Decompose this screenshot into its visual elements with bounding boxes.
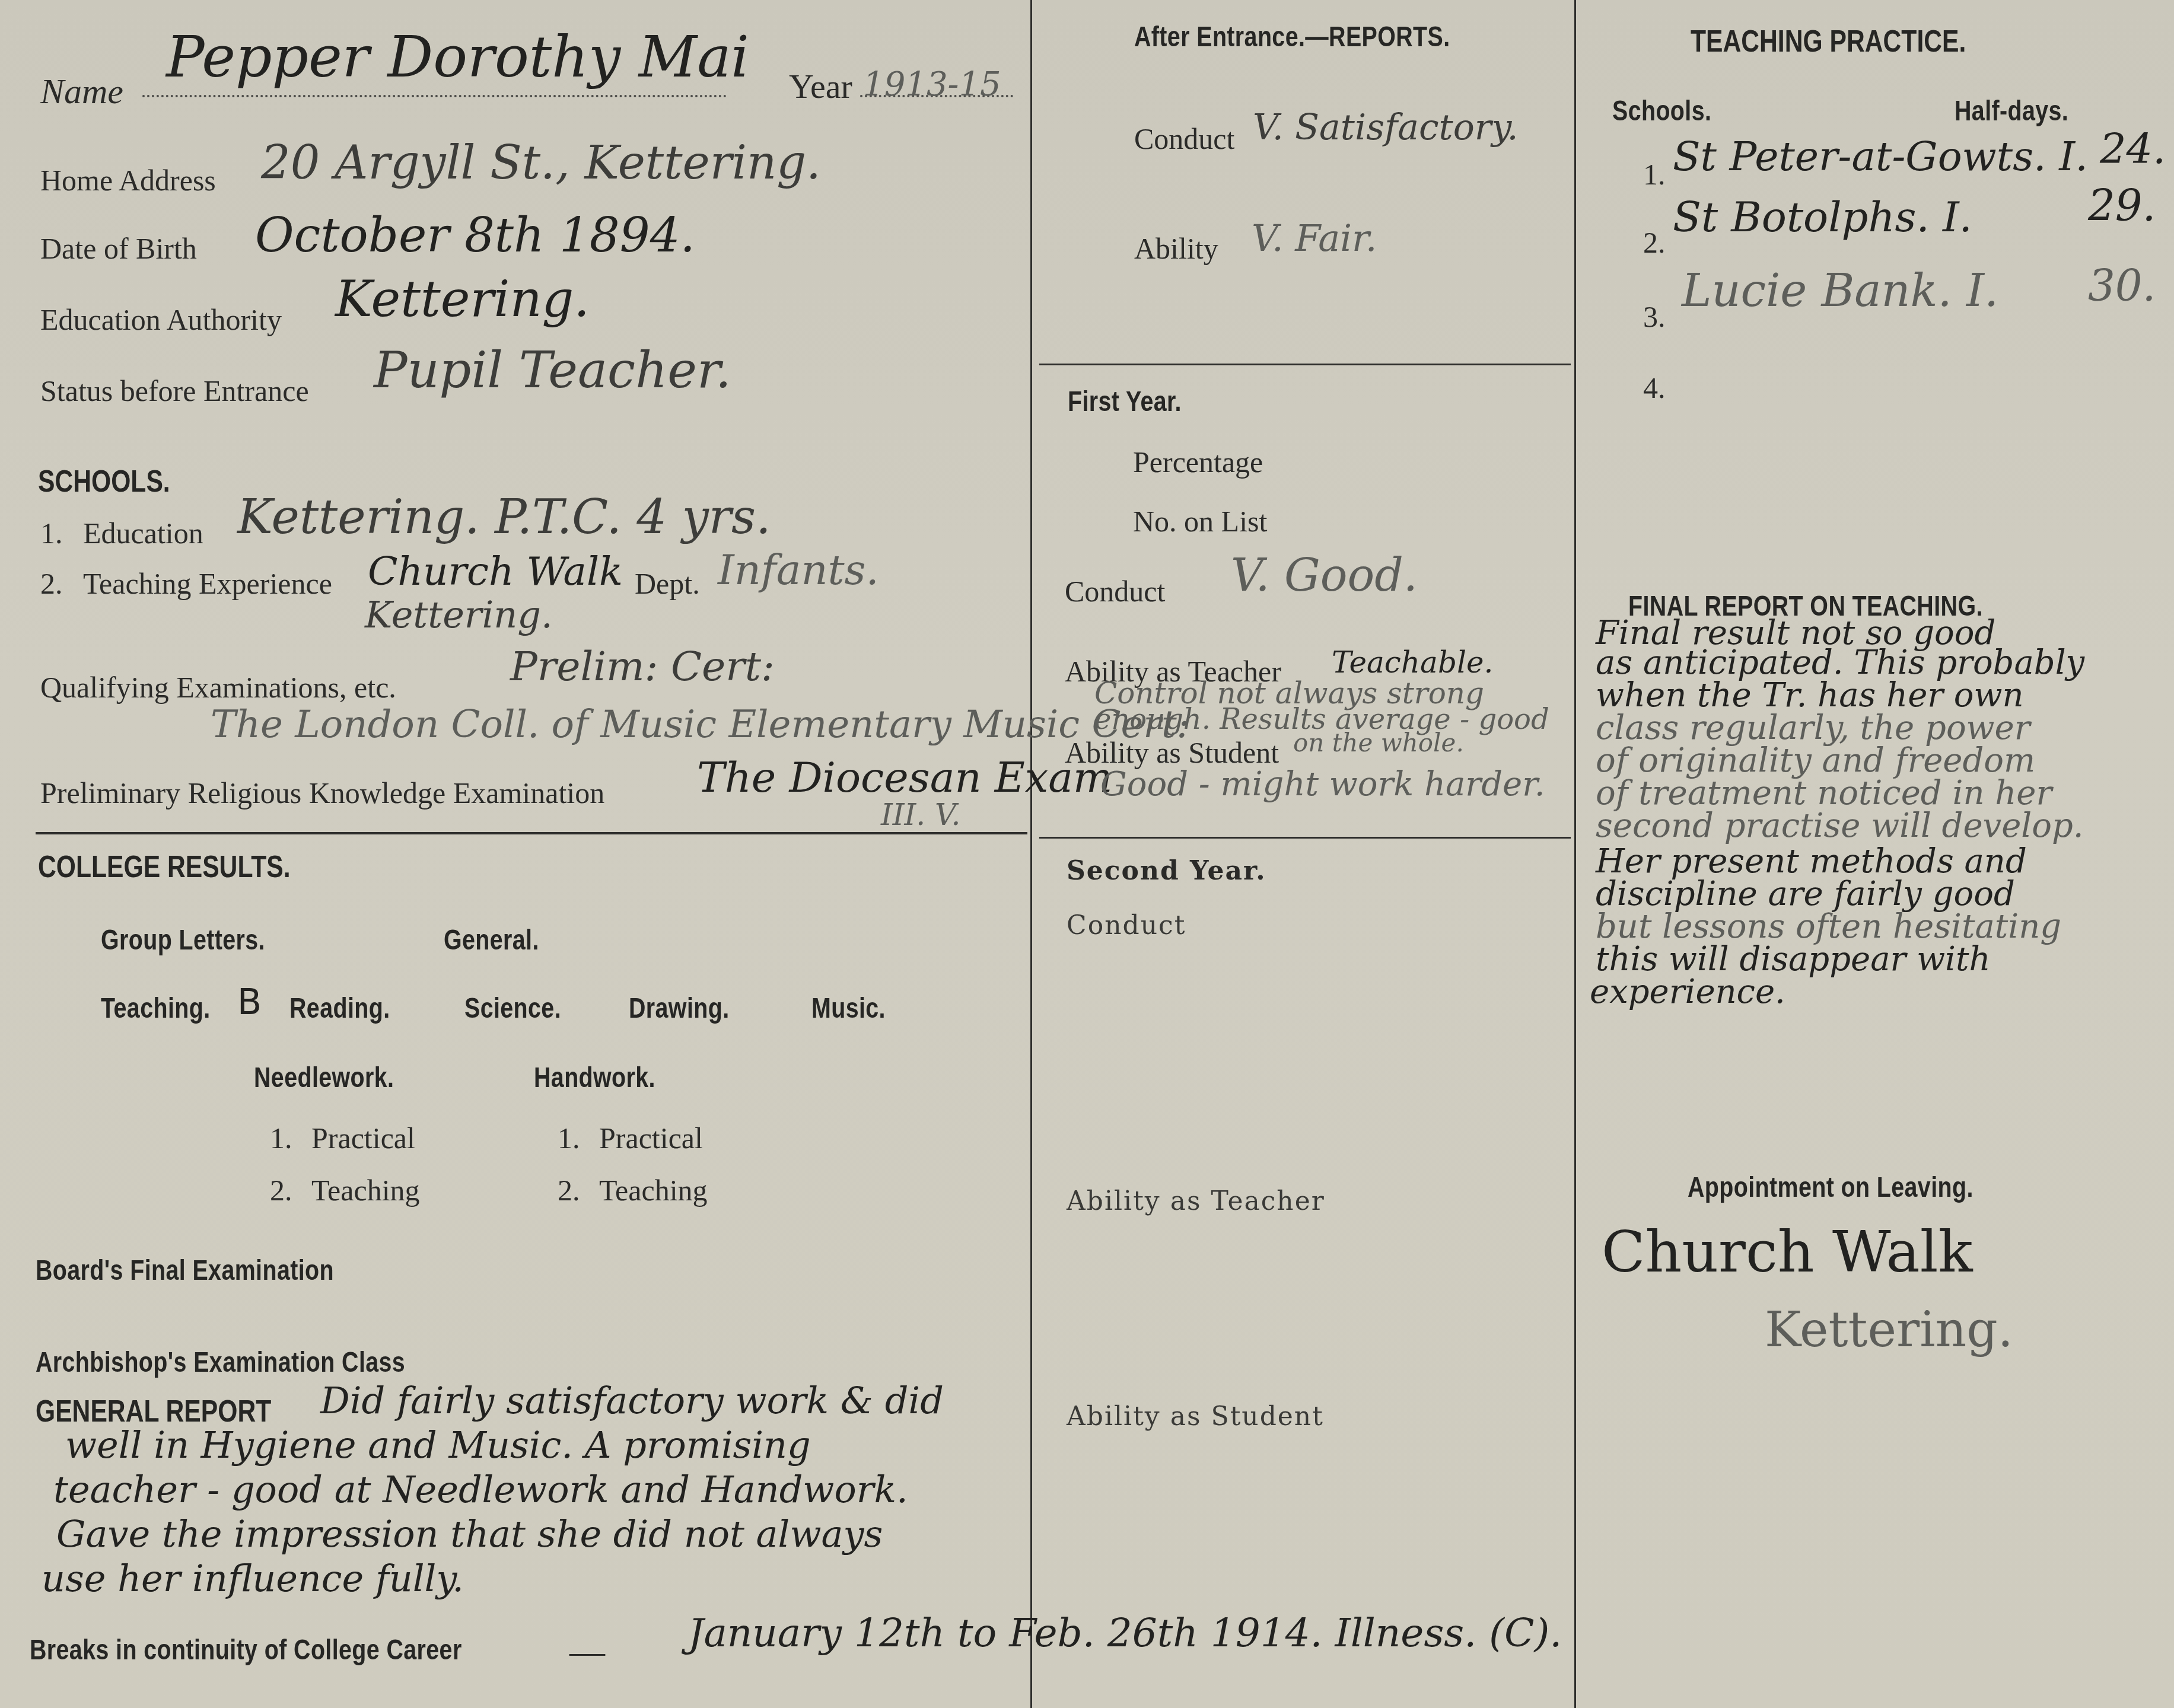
tp-row-2-number: 2. [1643, 225, 1666, 260]
name-value: Pepper Dorothy Mai [166, 24, 749, 90]
general-report-line-4: Gave the impression that she did not alw… [56, 1512, 883, 1556]
tp-row-4-number: 4. [1643, 371, 1666, 405]
tp-row-1-half-days: 24. [2100, 125, 2166, 173]
preliminary-religious-label: Preliminary Religious Knowledge Examinat… [40, 776, 604, 810]
dept-value: Infants. [718, 546, 879, 594]
handwork-item-1-number: 1. [558, 1121, 580, 1155]
second-year-ability-student-label: Ability as Student [1067, 1401, 1324, 1432]
breaks-label: Breaks in continuity of College Career [30, 1634, 462, 1666]
after-entrance-conduct-label: Conduct [1134, 122, 1234, 156]
first-year-ability-teacher-line-1: Teachable. [1332, 645, 1493, 680]
tp-row-1-school: St Peter-at-Gowts. I. [1673, 133, 2088, 180]
tp-row-3-school: Lucie Bank. I. [1682, 264, 1998, 317]
home-address-value: 20 Argyll St., Kettering. [261, 136, 821, 190]
teaching-experience-town: Kettering. [365, 593, 553, 636]
status-before-entrance-value: Pupil Teacher. [374, 341, 731, 399]
education-label: Education [83, 516, 203, 550]
needlework-item-1: Practical [311, 1121, 415, 1155]
second-year-heading: Second Year. [1067, 856, 1266, 886]
qualifying-examinations-value-2: The London Coll. of Music Elementary Mus… [211, 703, 1189, 747]
first-year-heading: First Year. [1068, 385, 1182, 418]
needlework-item-2: Teaching [311, 1173, 420, 1207]
handwork-item-2: Teaching [599, 1173, 708, 1207]
breaks-dash: — [569, 1631, 605, 1672]
college-results-heading: COLLEGE RESULTS. [38, 849, 291, 885]
final-report-line-7: second practise will develop. [1596, 807, 2084, 845]
subject-reading: Reading. [289, 992, 390, 1025]
tp-row-3-half-days: 30. [2088, 261, 2156, 311]
qualifying-examinations-value-1: Prelim: Cert: [510, 643, 775, 690]
tp-row-1-number: 1. [1643, 157, 1666, 192]
divider-after-entrance [1039, 364, 1571, 365]
first-year-percentage-label: Percentage [1133, 445, 1263, 479]
divider-left-section [36, 832, 1027, 834]
needlework-item-2-number: 2. [270, 1173, 292, 1207]
home-address-label: Home Address [40, 163, 216, 197]
education-authority-value: Kettering. [335, 270, 590, 328]
first-year-ability-teacher-line-4: on the whole. [1293, 728, 1464, 757]
first-year-conduct-label: Conduct [1065, 574, 1165, 608]
handwork-item-2-number: 2. [558, 1173, 580, 1207]
half-days-column-label: Half-days. [1955, 95, 2068, 128]
needlework-item-1-number: 1. [270, 1121, 292, 1155]
education-value: Kettering. P.T.C. 4 yrs. [237, 489, 771, 544]
name-dotted-line [142, 95, 727, 97]
subject-teaching-grade: B [237, 982, 262, 1023]
column-divider-left [1030, 0, 1032, 1708]
second-year-ability-teacher-label: Ability as Teacher [1067, 1186, 1325, 1216]
dept-label: Dept. [635, 566, 700, 601]
record-card: Name Pepper Dorothy Mai Year 1913-15 Hom… [0, 0, 2174, 1708]
teaching-experience-number: 2. [40, 566, 63, 601]
subject-drawing: Drawing. [629, 992, 729, 1025]
teaching-practice-heading: TEACHING PRACTICE. [1691, 24, 1966, 59]
second-year-conduct-label: Conduct [1067, 910, 1186, 941]
subject-music: Music. [811, 992, 886, 1025]
preliminary-religious-value: The Diocesan Exam [697, 753, 1112, 802]
schools-heading: SCHOOLS. [38, 464, 170, 499]
after-entrance-ability-label: Ability [1134, 231, 1218, 266]
status-before-entrance-label: Status before Entrance [40, 374, 309, 408]
schools-column-label: Schools. [1612, 95, 1711, 128]
general-report-line-5: use her influence fully. [42, 1557, 464, 1600]
education-number: 1. [40, 516, 63, 550]
general-report-line-3: teacher - good at Needlework and Handwor… [53, 1468, 908, 1511]
column-divider-right [1574, 0, 1576, 1708]
tp-row-2-school: St Botolphs. I. [1673, 193, 1972, 241]
archbishops-examination-label: Archbishop's Examination Class [36, 1346, 405, 1379]
tp-row-3-number: 3. [1643, 299, 1666, 334]
first-year-ability-student-value: Good - might work harder. [1100, 765, 1545, 804]
date-of-birth-label: Date of Birth [40, 231, 197, 266]
preliminary-religious-subvalue: III. V. [881, 798, 960, 832]
handwork-label: Handwork. [534, 1062, 655, 1094]
appointment-heading: Appointment on Leaving. [1688, 1171, 1974, 1204]
appointment-town: Kettering. [1765, 1302, 2013, 1358]
first-year-conduct-value: V. Good. [1231, 549, 1418, 601]
general-report-line-1: Did fairly satisfactory work & did [320, 1379, 944, 1422]
divider-first-year [1039, 837, 1571, 839]
general-report-line-2: well in Hygiene and Music. A promising [65, 1423, 811, 1467]
subject-science: Science. [464, 992, 561, 1025]
education-authority-label: Education Authority [40, 302, 282, 337]
teaching-experience-label: Teaching Experience [83, 566, 332, 601]
needlework-label: Needlework. [254, 1062, 394, 1094]
boards-final-examination-label: Board's Final Examination [36, 1254, 334, 1287]
handwork-item-1: Practical [599, 1121, 703, 1155]
after-entrance-conduct-value: V. Satisfactory. [1253, 107, 1518, 148]
teaching-experience-school: Church Walk [368, 549, 623, 594]
year-value: 1913-15 [863, 65, 1001, 104]
final-report-line-12: experience. [1590, 973, 1785, 1011]
general-label: General. [444, 924, 539, 957]
breaks-value: January 12th to Feb. 26th 1914. Illness.… [688, 1610, 1562, 1656]
subject-teaching: Teaching. [101, 992, 210, 1025]
name-label: Name [40, 71, 123, 112]
group-letters-label: Group Letters. [101, 924, 265, 957]
after-entrance-ability-value: V. Fair. [1252, 216, 1377, 260]
tp-row-2-half-days: 29. [2088, 181, 2156, 231]
date-of-birth-value: October 8th 1894. [255, 208, 695, 263]
qualifying-examinations-label: Qualifying Examinations, etc. [40, 670, 396, 705]
year-label: Year [789, 66, 852, 106]
first-year-no-on-list-label: No. on List [1133, 504, 1267, 538]
after-entrance-heading: After Entrance.—REPORTS. [1134, 21, 1450, 53]
appointment-school: Church Walk [1602, 1219, 1973, 1285]
